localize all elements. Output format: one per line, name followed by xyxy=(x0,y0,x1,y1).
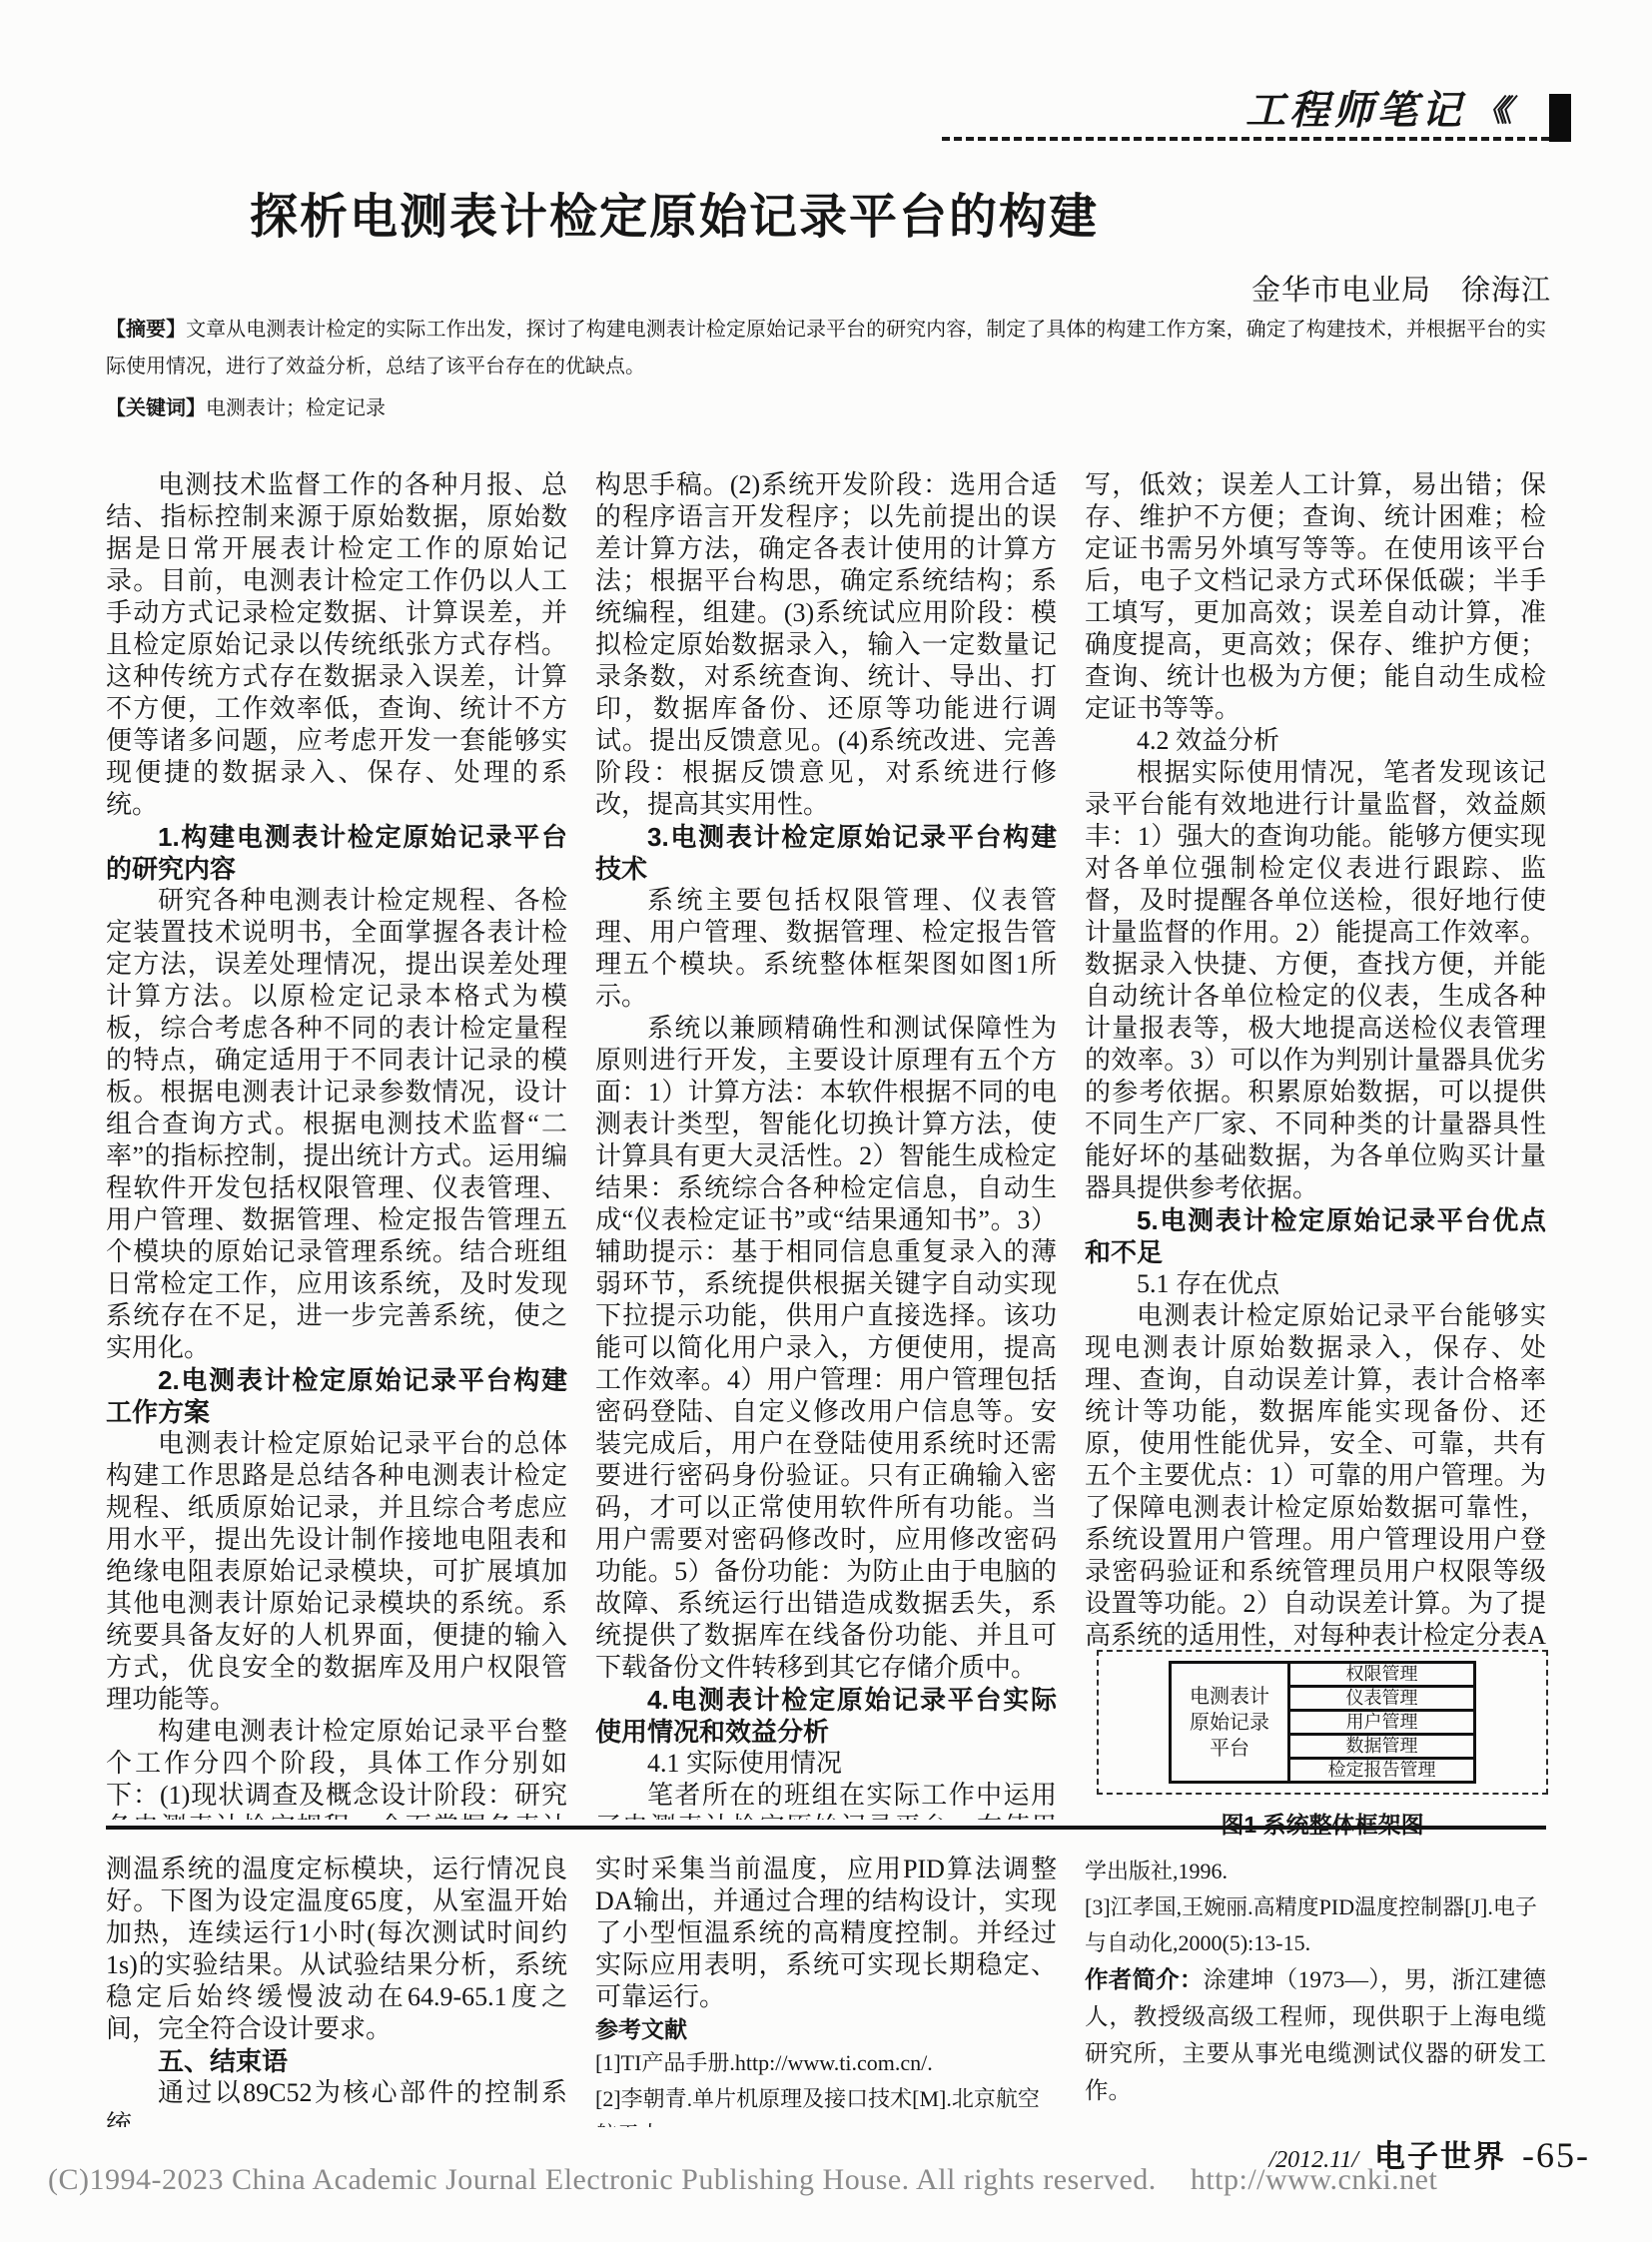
paragraph: 电测技术监督工作的各种月报、总结、指标控制来源于原始数据，原始数据是日常开展表计… xyxy=(106,469,567,821)
paragraph-continuation: 实时采集当前温度，应用PID算法调整DA输出，并通过合理的结构设计，实现了小型恒… xyxy=(595,1854,1057,2013)
masthead-black-bar xyxy=(1549,94,1571,142)
module-box: 数据管理 xyxy=(1290,1736,1473,1760)
copyright-notice: (C)1994-2023 China Academic Journal Elec… xyxy=(48,2163,1157,2196)
paragraph: 系统以兼顾精确性和测试保障性为原则进行开发，主要设计原理有五个方面：1）计算方法… xyxy=(595,1013,1057,1684)
platform-line: 电测表计 xyxy=(1190,1684,1269,1710)
references-heading: 参考文献 xyxy=(595,2013,1057,2045)
paragraph: 笔者所在的班组在实际工作中运用了电测表计检定原始记录平台。在使用该平台前，手工记… xyxy=(595,1780,1057,1820)
page-number: -65- xyxy=(1522,2134,1590,2176)
figure-framework-diagram: 电测表计 原始记录 平台 权限管理 仪表管理 用户管理 数据管理 检定报告管理 xyxy=(1169,1661,1476,1784)
figure-platform-box: 电测表计 原始记录 平台 xyxy=(1172,1664,1290,1781)
article-body: 电测技术监督工作的各种月报、总结、指标控制来源于原始数据，原始数据是日常开展表计… xyxy=(106,469,1546,1820)
bottom-section: 测温系统的温度定标模块，运行情况良好。下图为设定温度65度，从室温开始加热，连续… xyxy=(106,1854,1546,2127)
author-bio-label: 作者简介： xyxy=(1085,1966,1204,1992)
paragraph-continuation: 写，低效；误差人工计算，易出错；保存、维护不方便；查询、统计困难；检定证书需另外… xyxy=(1085,469,1546,725)
reference-item: [1]TI产品手册.http://www.ti.com.cn/. xyxy=(595,2045,1057,2081)
column-3: 写，低效；误差人工计算，易出错；保存、维护不方便；查询、统计困难；检定证书需另外… xyxy=(1085,469,1546,1820)
subheading-4-2: 4.2 效益分析 xyxy=(1085,725,1546,757)
keywords-text: 电测表计；检定记录 xyxy=(206,397,386,419)
module-box: 用户管理 xyxy=(1290,1712,1473,1736)
keywords-label: 【关键词】 xyxy=(106,397,206,419)
paragraph: 研究各种电测表计检定规程、各检定装置技术说明书，全面掌握各表计检定方法，误差处理… xyxy=(106,885,567,1364)
figure-module-stack: 权限管理 仪表管理 用户管理 数据管理 检定报告管理 xyxy=(1290,1664,1473,1781)
paragraph: 系统主要包括权限管理、仪表管理、用户管理、数据管理、检定报告管理五个模块。系统整… xyxy=(595,885,1057,1013)
abstract: 【摘要】文章从电测表计检定的实际工作出发，探讨了构建电测表计检定原始记录平台的研… xyxy=(106,312,1546,385)
masthead-dashed-rule xyxy=(942,137,1549,141)
subheading-5-1: 5.1 存在优点 xyxy=(1085,1268,1546,1300)
platform-line: 原始记录 xyxy=(1190,1710,1269,1736)
cnki-url: http://www.cnki.net xyxy=(1191,2163,1438,2196)
abstract-label: 【摘要】 xyxy=(106,319,186,341)
guillemet-marks-icon: 《《 xyxy=(1475,90,1510,134)
bottom-column-1: 测温系统的温度定标模块，运行情况良好。下图为设定温度65度，从室温开始加热，连续… xyxy=(106,1854,567,2127)
bottom-column-2: 实时采集当前温度，应用PID算法调整DA输出，并通过合理的结构设计，实现了小型恒… xyxy=(595,1854,1057,2127)
column-1: 电测技术监督工作的各种月报、总结、指标控制来源于原始数据，原始数据是日常开展表计… xyxy=(106,469,567,1820)
author-bio: 作者简介：涂建坤（1973—），男，浙江建德人，教授级高级工程师，现供职于上海电… xyxy=(1085,1961,1546,2110)
heading-4: 4.电测表计检定原始记录平台实际使用情况和效益分析 xyxy=(595,1684,1057,1748)
article-title: 探析电测表计检定原始记录平台的构建 xyxy=(170,178,1179,247)
author-byline: 金华市电业局 徐海江 xyxy=(999,268,1551,309)
abstract-text: 文章从电测表计检定的实际工作出发，探讨了构建电测表计检定原始记录平台的研究内容，… xyxy=(106,319,1546,377)
figure-1: 电测表计 原始记录 平台 权限管理 仪表管理 用户管理 数据管理 检定报告管理 … xyxy=(1097,1650,1548,1840)
keywords: 【关键词】电测表计；检定记录 xyxy=(106,393,1546,423)
conclusion-heading: 五、结束语 xyxy=(106,2045,567,2077)
heading-1: 1.构建电测表计检定原始记录平台的研究内容 xyxy=(106,821,567,885)
column-3-text: 写，低效；误差人工计算，易出错；保存、维护不方便；查询、统计困难；检定证书需另外… xyxy=(1085,469,1546,1648)
paragraph: 构建电测表计检定原始记录平台整个工作分四个阶段，具体工作分别如下：(1)现状调查… xyxy=(106,1716,567,1820)
reference-item: [2]李朝青.单片机原理及接口技术[M].北京航空航天大 xyxy=(595,2081,1057,2127)
module-box: 检定报告管理 xyxy=(1290,1760,1473,1781)
heading-3: 3.电测表计检定原始记录平台构建技术 xyxy=(595,821,1057,885)
paragraph: 根据实际使用情况，笔者发现该记录平台能有效地进行计量监督，效益颇丰：1）强大的查… xyxy=(1085,757,1546,1204)
figure-dashed-frame: 电测表计 原始记录 平台 权限管理 仪表管理 用户管理 数据管理 检定报告管理 xyxy=(1097,1650,1548,1795)
paragraph-continuation: 测温系统的温度定标模块，运行情况良好。下图为设定温度65度，从室温开始加热，连续… xyxy=(106,1854,567,2045)
reference-continuation: 学出版社,1996. xyxy=(1085,1854,1546,1889)
paragraph: 电测表计检定原始记录平台的总体构建工作思路是总结各种电测表计检定规程、纸质原始记… xyxy=(106,1428,567,1716)
paragraph: 通过以89C52为核心部件的控制系统， xyxy=(106,2077,567,2127)
module-box: 权限管理 xyxy=(1290,1664,1473,1688)
heading-2: 2.电测表计检定原始记录平台构建工作方案 xyxy=(106,1364,567,1428)
bottom-column-3: 学出版社,1996. [3]江孝国,王婉丽.高精度PID温度控制器[J].电子与… xyxy=(1085,1854,1546,2127)
figure-caption: 图1 系统整体框架图 xyxy=(1097,1807,1548,1840)
paragraph: 电测表计检定原始记录平台能够实现电测表计原始数据录入，保存、处理、查询，自动误差… xyxy=(1085,1300,1546,1648)
scanned-paper-page: 工程师笔记 《《 探析电测表计检定原始记录平台的构建 金华市电业局 徐海江 【摘… xyxy=(0,0,1652,2242)
subheading-4-1: 4.1 实际使用情况 xyxy=(595,1748,1057,1780)
platform-line: 平台 xyxy=(1210,1736,1249,1762)
copyright-line: (C)1994-2023 China Academic Journal Elec… xyxy=(48,2163,1437,2197)
masthead: 工程师笔记 《《 xyxy=(899,88,1510,134)
module-box: 仪表管理 xyxy=(1290,1688,1473,1712)
section-label: 工程师笔记 xyxy=(1245,88,1465,134)
column-2: 构思手稿。(2)系统开发阶段：选用合适的程序语言开发程序；以先前提出的误差计算方… xyxy=(595,469,1057,1820)
heading-5: 5.电测表计检定原始记录平台优点和不足 xyxy=(1085,1204,1546,1268)
paragraph-continuation: 构思手稿。(2)系统开发阶段：选用合适的程序语言开发程序；以先前提出的误差计算方… xyxy=(595,469,1057,821)
reference-item: [3]江孝国,王婉丽.高精度PID温度控制器[J].电子与自动化,2000(5)… xyxy=(1085,1889,1546,1961)
article-divider-rule xyxy=(106,1826,1546,1830)
